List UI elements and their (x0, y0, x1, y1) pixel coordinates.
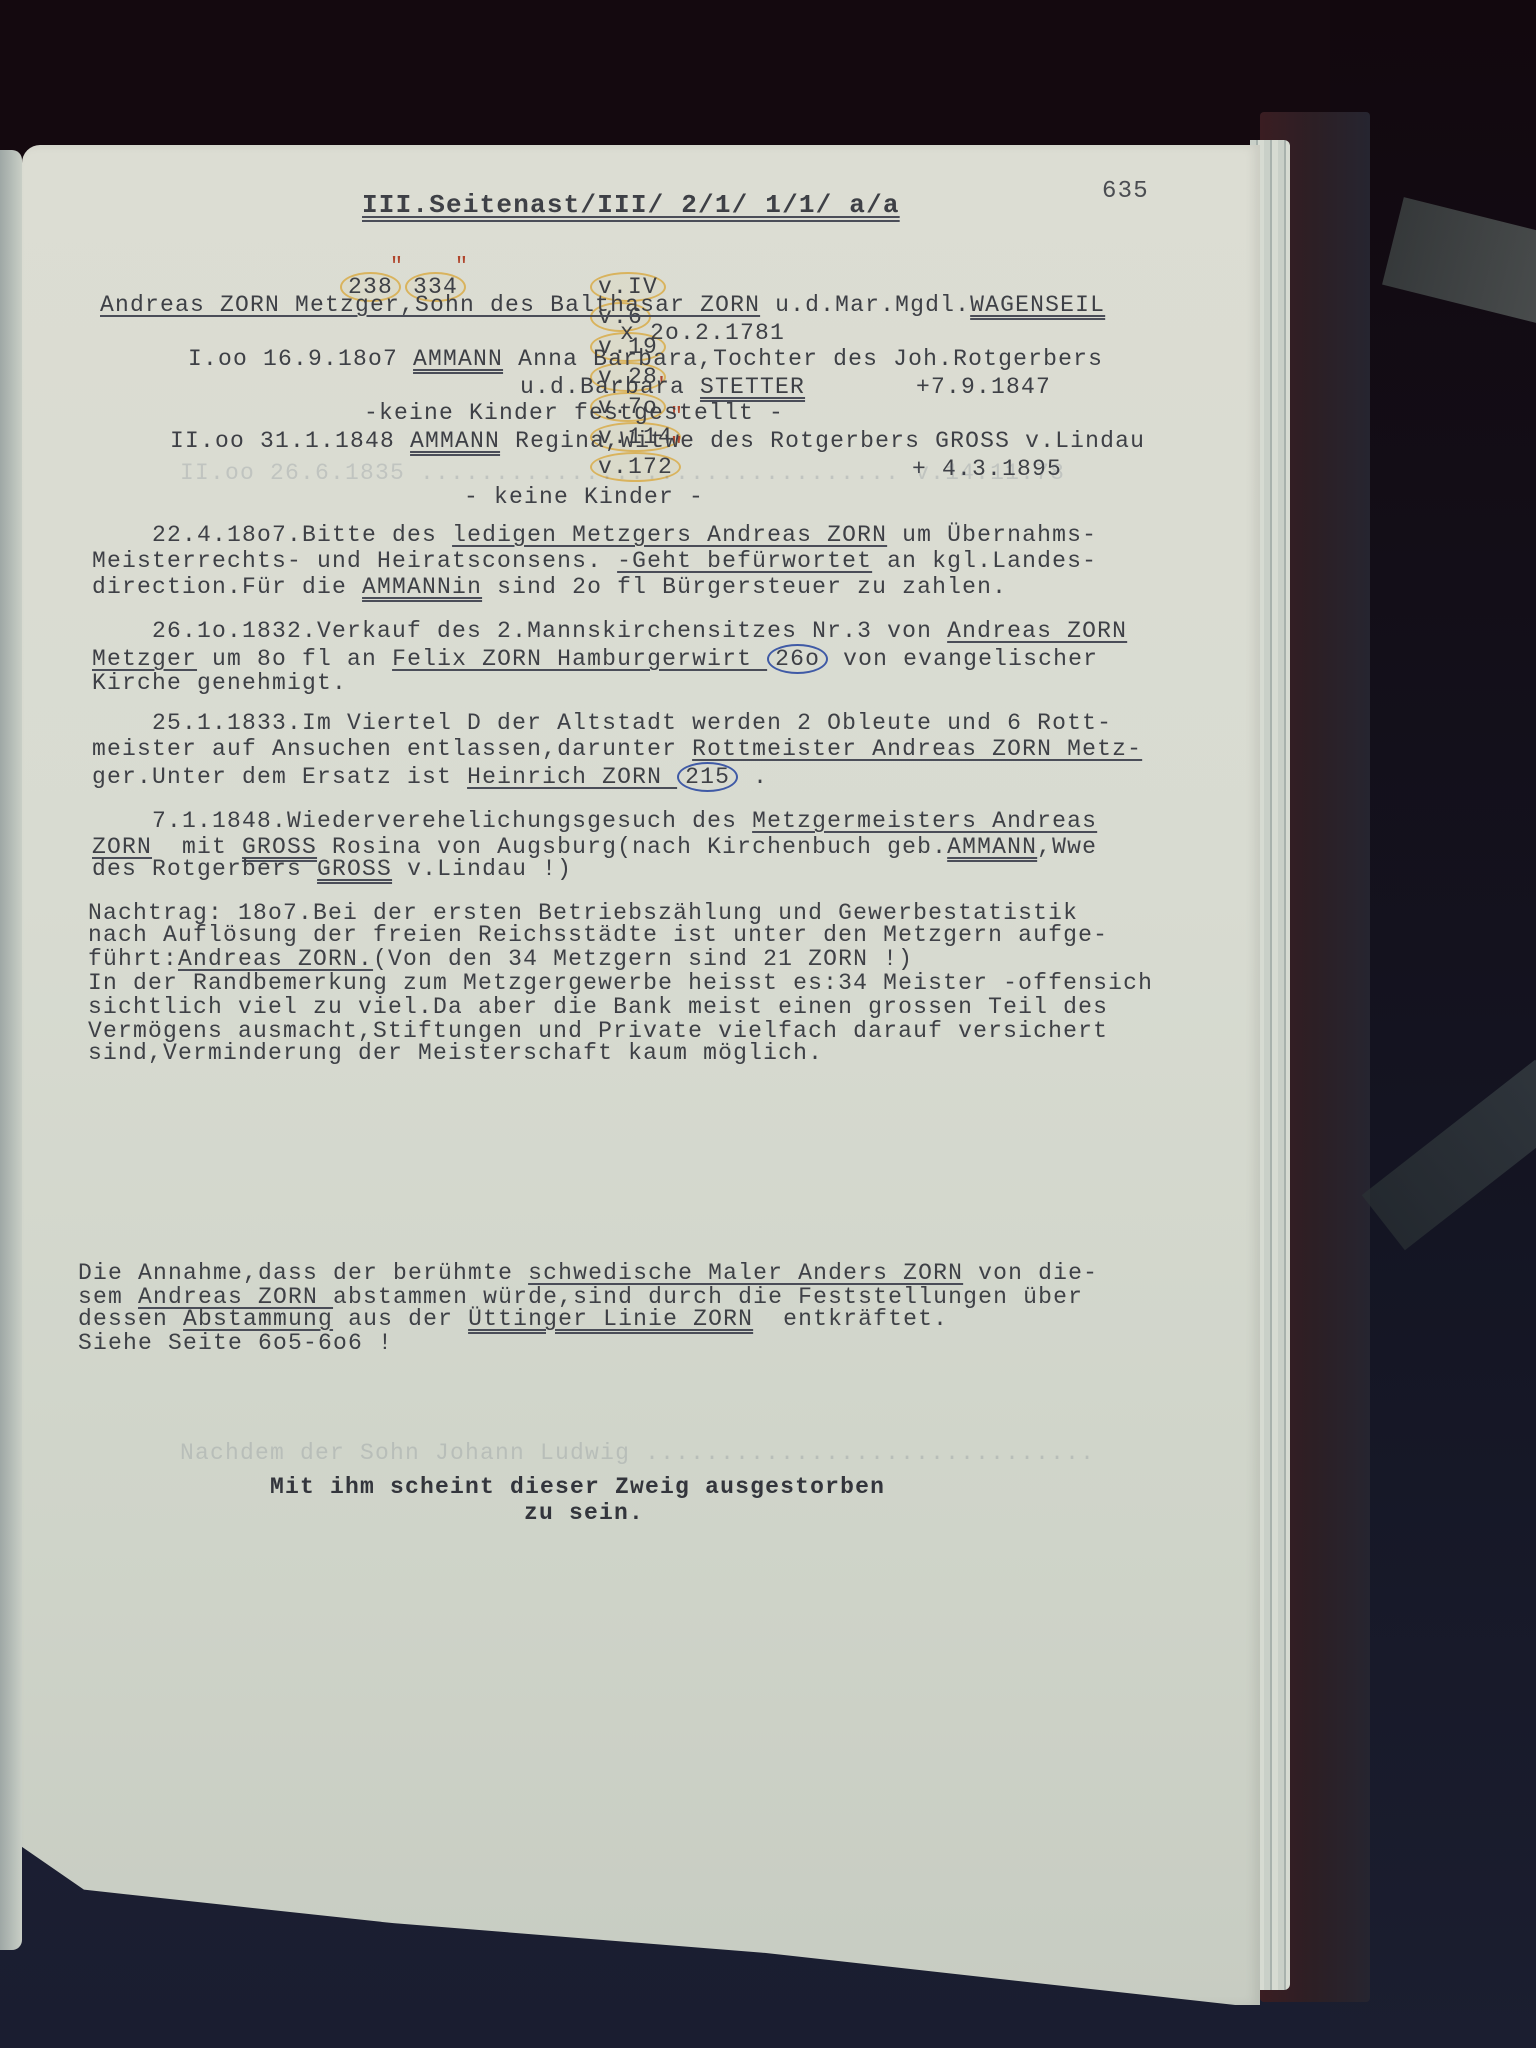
nachtrag-line-2: nach Auflösung der freien Reichsstädte i… (88, 922, 1108, 948)
blue-circled-ref: 26o (767, 644, 828, 674)
document-text: 635 III.Seitenast/III/ 2/1/ 1/1/ a/a 238… (0, 0, 1536, 2048)
nachtrag-line-4: In der Randbemerkung zum Metzgergewerbe … (88, 970, 1153, 996)
entry-1848-line-1: 7.1.1848.Wiederverehelichungsgesuch des … (92, 808, 1097, 834)
marriage-2-children: - keine Kinder - (464, 484, 704, 510)
entry-1833-line-3: ger.Unter dem Ersatz ist Heinrich ZORN 2… (92, 762, 768, 792)
blue-circled-ref: 215 (677, 762, 738, 792)
birth-date: x 2o.2.1781 (620, 320, 785, 346)
marriage-1-parent: u.d.Barbara STETTER (520, 374, 805, 400)
nachtrag-line-3: führt:Andreas ZORN.(Von den 34 Metzgern … (88, 946, 913, 972)
note-line-4: Siehe Seite 6o5-6o6 ! (78, 1330, 393, 1356)
entry-1832-line-1: 26.1o.1832.Verkauf des 2.Mannskirchensit… (92, 618, 1127, 644)
closing-line-2: zu sein. (524, 1500, 644, 1526)
marriage-1-death: +7.9.1847 (916, 374, 1051, 400)
person-line: Andreas ZORN Metzger,Sohn des Balthasar … (100, 292, 1105, 318)
red-tick-icon: ″ (390, 254, 403, 279)
bleed-through-text: Nachdem der Sohn Johann Ludwig .........… (180, 1440, 1095, 1466)
page-number: 635 (1102, 178, 1149, 205)
marriage-1-children: -keine Kinder festgestellt - (364, 400, 784, 426)
entry-1833-line-1: 25.1.1833.Im Viertel D der Altstadt werd… (92, 710, 1112, 736)
closing-line-1: Mit ihm scheint dieser Zweig ausgestorbe… (270, 1474, 885, 1500)
entry-1832-line-3: Kirche genehmigt. (92, 670, 347, 696)
nachtrag-line-5: sichtlich viel zu viel.Da aber die Bank … (88, 994, 1108, 1020)
note-line-3: dessen Abstammung aus der Üttinger Linie… (78, 1306, 948, 1332)
page-heading: III.Seitenast/III/ 2/1/ 1/1/ a/a (362, 190, 900, 220)
note-line-1: Die Annahme,dass der berühmte schwedisch… (78, 1260, 1098, 1286)
entry-1807-line-1: 22.4.18o7.Bitte des ledigen Metzgers And… (92, 522, 1097, 548)
entry-1807-line-2: Meisterrechts- und Heiratsconsens. -Geht… (92, 548, 1097, 574)
red-tick-icon: ″ (455, 254, 468, 279)
nachtrag-line-7: sind,Verminderung der Meisterschaft kaum… (88, 1040, 823, 1066)
entry-1833-line-2: meister auf Ansuchen entlassen,darunter … (92, 736, 1142, 762)
bleed-through-text: II.oo 26.6.1835 ........................… (180, 460, 1065, 486)
marriage-2: II.oo 31.1.1848 AMMANN Regina,Witwe des … (170, 428, 1145, 454)
marriage-1: I.oo 16.9.18o7 AMMANN Anna Barbara,Tocht… (188, 346, 1103, 372)
entry-1848-line-3: des Rotgerbers GROSS v.Lindau !) (92, 856, 572, 882)
entry-1807-line-3: direction.Für die AMMANNin sind 2o fl Bü… (92, 574, 1007, 600)
